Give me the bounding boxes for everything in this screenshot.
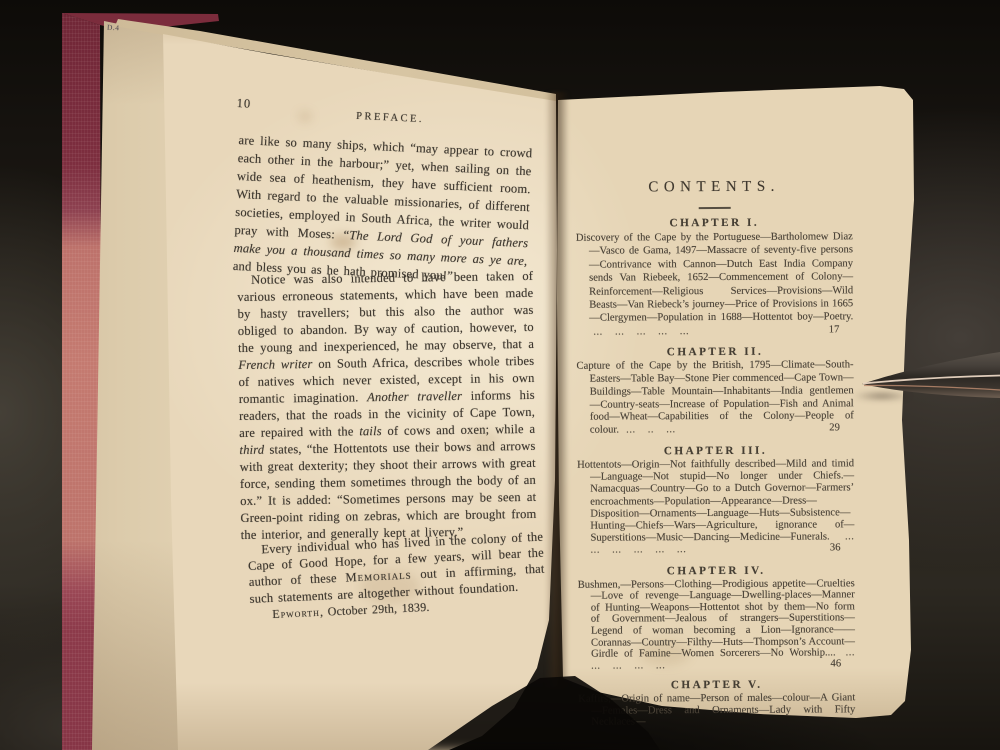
- chapter-heading: CHAPTER IV.: [578, 564, 855, 577]
- dot-leader: [646, 716, 650, 727]
- chapter-summary: Capture of the Cape by the British, 1795…: [577, 360, 854, 438]
- page-number: 10: [236, 96, 251, 112]
- contents-chapter: CHAPTER II. Capture of the Cape by the B…: [576, 346, 853, 438]
- chapter-heading: CHAPTER V.: [578, 679, 855, 692]
- shelf-mark: D.4: [107, 23, 120, 33]
- contents-chapter: CHAPTER I. Discovery of the Cape by the …: [576, 216, 854, 339]
- chapter-heading: CHAPTER I.: [576, 216, 853, 229]
- chapter-page-number: 17: [829, 323, 840, 336]
- chapter-summary-text: Hottentots—Origin—Not faithfully describ…: [577, 458, 854, 544]
- chapters: CHAPTER I. Discovery of the Cape by the …: [576, 216, 856, 727]
- chapter-summary-text: Discovery of the Cape by the Portuguese—…: [576, 231, 853, 324]
- chapter-summary-text: Capture of the Cape by the British, 1795…: [577, 360, 854, 436]
- dot-leader: ... ... ... ... ...: [589, 326, 689, 338]
- chapter-summary: Hottentots—Origin—Not faithfully describ…: [577, 458, 855, 557]
- contents-chapter: CHAPTER III. Hottentots—Origin—Not faith…: [577, 444, 855, 557]
- chapter-heading: CHAPTER III.: [577, 444, 854, 457]
- dot-leader: ... .. ...: [622, 424, 676, 435]
- chapter-summary: Discovery of the Cape by the Portuguese—…: [576, 230, 854, 339]
- chapter-page-number: 29: [829, 423, 840, 436]
- contents-page-text: CONTENTS. CHAPTER I. Discovery of the Ca…: [576, 178, 856, 727]
- preface-paragraph: Notice was also intended to have been ta…: [237, 268, 537, 544]
- chapter-page-number: 46: [830, 658, 841, 670]
- preface-paragraph: are like so many ships, which “may appea…: [232, 131, 532, 288]
- chapter-page-number: 36: [830, 543, 841, 555]
- book-photo: 10 PREFACE. are like so many ships, whic…: [0, 0, 1000, 750]
- divider-rule: [698, 207, 730, 209]
- chapter-heading: CHAPTER II.: [576, 346, 853, 359]
- chapter-summary: Bushmen,—Persons—Clothing—Prodigious app…: [578, 578, 855, 672]
- chapter-summary-text: Bushmen,—Persons—Clothing—Prodigious app…: [578, 578, 855, 660]
- letter-opener-blade: [840, 330, 1000, 420]
- preface-paragraph: Every individual who has lived in the co…: [247, 529, 546, 607]
- contents-title: CONTENTS.: [576, 178, 853, 196]
- contents-chapter: CHAPTER IV. Bushmen,—Persons—Clothing—Pr…: [578, 564, 856, 672]
